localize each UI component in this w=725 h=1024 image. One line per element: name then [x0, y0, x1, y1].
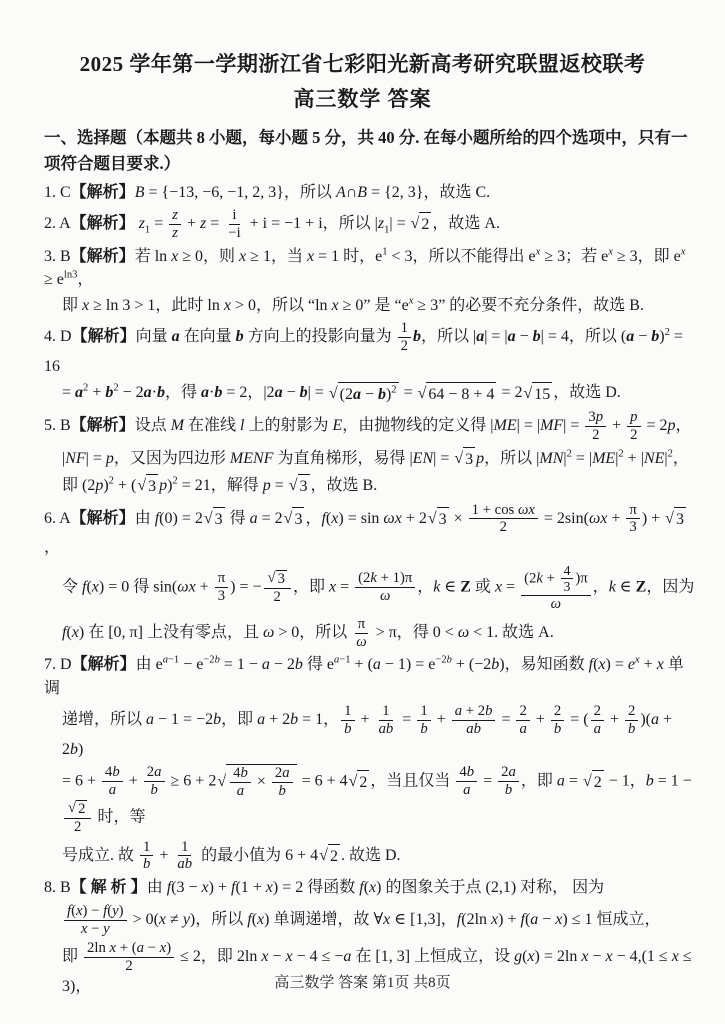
question-1: 1. C【解析】B = {−13, −6, −1, 2, 3}，所以 A∩B =… [44, 181, 695, 204]
question-line: f(x) − f(y)x − y > 0(x ≠ y)，所以 f(x) 单调递增… [44, 903, 695, 938]
question-line: = a2 + b2 − 2a·b，得 a·b = 2，|2a − b| = √(… [44, 381, 695, 405]
question-line: = 6 + 4ba + 2ab ≥ 6 + 2√4ba × 2ab = 6 + … [44, 764, 695, 836]
answer-content: 一、选择题（本题共 8 小题，每小题 5 分，共 40 分. 在每小题所给的四个… [0, 113, 725, 998]
exam-title: 2025 学年第一学期浙江省七彩阳光新高考研究联盟返校联考 [0, 48, 725, 78]
question-list: 1. C【解析】B = {−13, −6, −1, 2, 3}，所以 A∩B =… [44, 181, 695, 999]
question-line: 即 x ≥ ln 3 > 1，此时 ln x > 0，所以 “ln x ≥ 0”… [44, 294, 695, 317]
question-line: 3. B【解析】若 ln x ≥ 0，则 x ≥ 1，当 x = 1 时，e1 … [44, 245, 695, 291]
page-footer: 高三数学 答案 第1页 共8页 [0, 971, 725, 992]
question-2: 2. A【解析】 z1 = zz + z = i−i + i = −1 + i，… [44, 207, 695, 242]
question-line: 令 f(x) = 0 得 sin(ωx + π3) = −√32，即 x = (… [44, 563, 695, 613]
question-line: 递增，所以 a − 1 = −2b，即 a + 2b = 1，1b + 1ab … [44, 703, 695, 761]
question-line: 即 (2p)2 + (√3p)2 = 21，解得 p = √3，故选 B. [44, 474, 695, 498]
question-4: 4. D【解析】向量 a 在向量 b 方向上的投影向量为 12b，所以 |a| … [44, 320, 695, 405]
question-6: 6. A【解析】由 f(0) = 2√3 得 a = 2√3，f(x) = si… [44, 502, 695, 651]
document-header: 2025 学年第一学期浙江省七彩阳光新高考研究联盟返校联考 高三数学 答案 [0, 0, 725, 113]
document-page: 2025 学年第一学期浙江省七彩阳光新高考研究联盟返校联考 高三数学 答案 一、… [0, 0, 725, 1024]
question-line: 号成立. 故 1b + 1ab 的最小值为 6 + 4√2. 故选 D. [44, 839, 695, 874]
question-line: 7. D【解析】由 ea−1 − e−2b = 1 − a − 2b 得 ea−… [44, 653, 695, 699]
question-7: 7. D【解析】由 ea−1 − e−2b = 1 − a − 2b 得 ea−… [44, 653, 695, 873]
exam-subtitle: 高三数学 答案 [0, 83, 725, 113]
question-line: |NF| = p，又因为四边形 MENF 为直角梯形，易得 |EN| = √3p… [44, 447, 695, 471]
question-line: 4. D【解析】向量 a 在向量 b 方向上的投影向量为 12b，所以 |a| … [44, 320, 695, 378]
question-3: 3. B【解析】若 ln x ≥ 0，则 x ≥ 1，当 x = 1 时，e1 … [44, 245, 695, 318]
question-line: 6. A【解析】由 f(0) = 2√3 得 a = 2√3，f(x) = si… [44, 502, 695, 560]
question-line: 8. B【 解 析 】由 f(3 − x) + f(1 + x) = 2 得函数… [44, 876, 695, 899]
question-line: f(x) 在 [0, π] 上没有零点，且 ω > 0，所以 πω > π，得 … [44, 616, 695, 651]
question-line: 5. B【解析】设点 M 在准线 l 上的射影为 E，由抛物线的定义得 |ME|… [44, 409, 695, 444]
question-5: 5. B【解析】设点 M 在准线 l 上的射影为 E，由抛物线的定义得 |ME|… [44, 409, 695, 499]
section-one-header: 一、选择题（本题共 8 小题，每小题 5 分，共 40 分. 在每小题所给的四个… [44, 125, 695, 178]
question-line: 2. A【解析】 z1 = zz + z = i−i + i = −1 + i，… [44, 207, 695, 242]
question-line: 1. C【解析】B = {−13, −6, −1, 2, 3}，所以 A∩B =… [44, 181, 695, 204]
